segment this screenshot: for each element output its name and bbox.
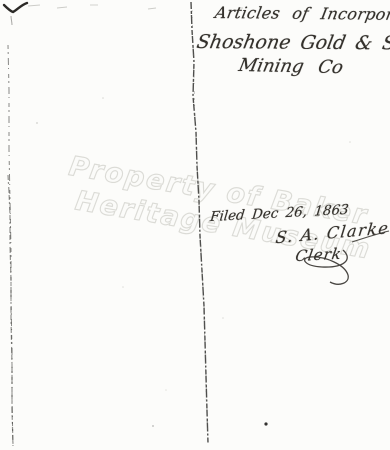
left-fold-crease-line bbox=[8, 45, 13, 447]
clerk-signature-title: Clerk bbox=[294, 245, 343, 266]
top-left-ink-mark bbox=[4, 3, 27, 12]
top-edge-faint-dashes bbox=[28, 5, 243, 9]
top-left-ink-mark-tail bbox=[11, 16, 12, 25]
scanned-document-page: Property of Baker Heritage Museum bbox=[0, 0, 390, 450]
document-title-line-3: Mining Co bbox=[237, 55, 345, 78]
document-title-line-1: Articles of Incorporation bbox=[213, 3, 390, 24]
document-title-line-2: Shoshone Gold & Silver bbox=[195, 31, 390, 55]
center-fold-crease-fuzz bbox=[192, 10, 208, 440]
left-fold-crease-dark-segment bbox=[8, 175, 13, 445]
